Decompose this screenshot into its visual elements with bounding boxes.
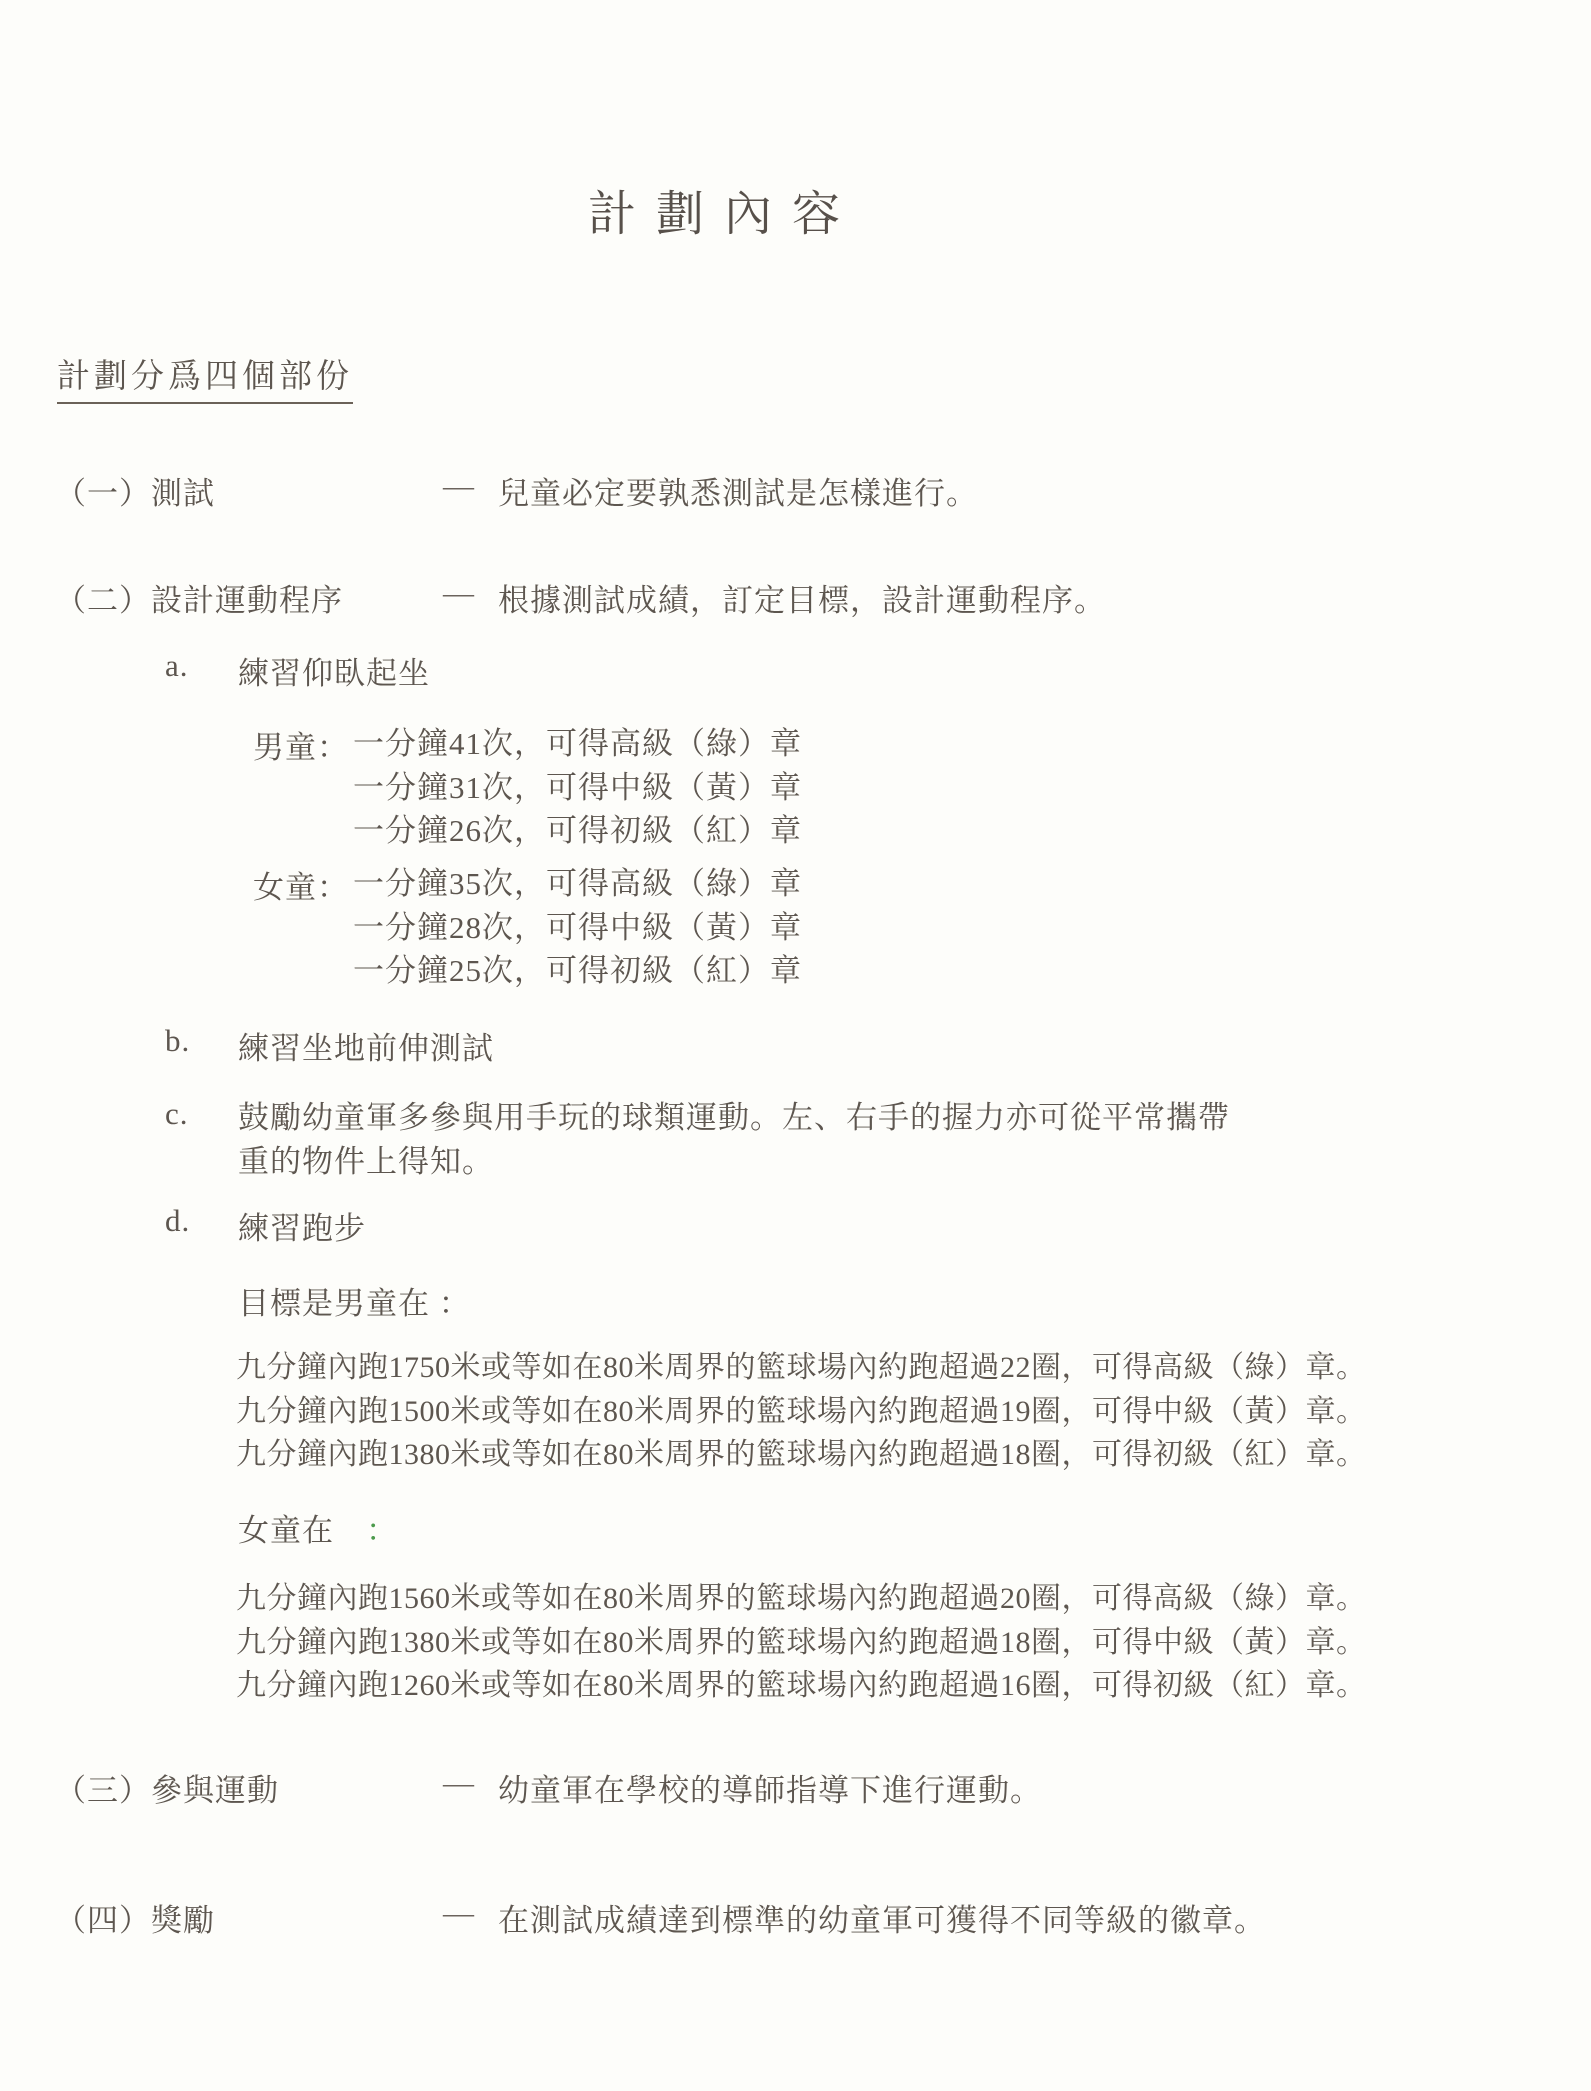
sub-item-a-text: 練習仰臥起坐	[238, 648, 430, 693]
sub-item-c-line-2: 重的物件上得知。	[238, 1140, 1230, 1184]
sub-item-a-letter: a.	[165, 648, 238, 693]
item-2-description: 根據測試成績，訂定目標，設計運動程序。	[498, 575, 1106, 620]
item-4-number: （四）	[55, 1903, 151, 1938]
item-1-head: （一）測試	[55, 468, 443, 513]
item-1-label: 測試	[151, 476, 215, 511]
situps-girls-line-1: 一分鐘35次，可得高級（綠）章	[353, 862, 802, 906]
dash-separator: —	[443, 1765, 498, 1810]
item-1-description: 兒童必定要孰悉測試是怎樣進行。	[498, 468, 978, 513]
sub-item-d-text: 練習跑步	[238, 1203, 366, 1248]
situps-girls-label: 女童：	[253, 862, 353, 993]
item-2-number: （二）	[55, 583, 151, 618]
running-girls-heading: 女童在 ：	[238, 1505, 398, 1550]
situps-girls-line-3: 一分鐘25次，可得初級（紅）章	[353, 949, 802, 993]
dash-separator: —	[443, 575, 498, 620]
sub-item-b-text: 練習坐地前伸測試	[238, 1023, 494, 1068]
item-1-number: （一）	[55, 476, 151, 511]
sub-item-c: c. 鼓勵幼童軍多參與用手玩的球類運動。左、右手的握力亦可從平常攜帶 重的物件上…	[165, 1096, 1230, 1183]
dash-separator: —	[443, 468, 498, 513]
dash-separator: —	[443, 1895, 498, 1940]
section-heading: 計劃分爲四個部份	[57, 350, 353, 404]
situps-girls-line-2: 一分鐘28次，可得中級（黃）章	[353, 906, 802, 950]
sub-item-a: a. 練習仰臥起坐	[165, 648, 430, 693]
sub-item-d: d. 練習跑步	[165, 1203, 366, 1248]
running-girls-line-2: 九分鐘內跑1380米或等如在80米周界的籃球場內約跑超過18圈，可得中級（黃）章…	[236, 1621, 1367, 1665]
item-3-row: （三）參與運動 — 幼童軍在學校的導師指導下進行運動。	[55, 1765, 1042, 1810]
document-page: 計劃內容 計劃分爲四個部份 （一）測試 — 兒童必定要孰悉測試是怎樣進行。 （二…	[0, 0, 1591, 2091]
item-2-row: （二）設計運動程序 — 根據測試成績，訂定目標，設計運動程序。	[55, 575, 1106, 620]
item-2-label: 設計運動程序	[151, 583, 343, 618]
item-2-head: （二）設計運動程序	[55, 575, 443, 620]
running-girls-block: 九分鐘內跑1560米或等如在80米周界的籃球場內約跑超過20圈，可得高級（綠）章…	[236, 1577, 1367, 1708]
situps-boys-line-2: 一分鐘31次，可得中級（黃）章	[353, 766, 802, 810]
running-girls-heading-text: 女童在	[238, 1513, 334, 1548]
running-boys-line-3: 九分鐘內跑1380米或等如在80米周界的籃球場內約跑超過18圈，可得初級（紅）章…	[236, 1433, 1367, 1477]
sub-item-b: b. 練習坐地前伸測試	[165, 1023, 494, 1068]
item-3-label: 參與運動	[151, 1773, 279, 1808]
situps-boys-block: 男童： 一分鐘41次，可得高級（綠）章 一分鐘31次，可得中級（黃）章 一分鐘2…	[253, 722, 802, 853]
situps-boys-lines: 一分鐘41次，可得高級（綠）章 一分鐘31次，可得中級（黃）章 一分鐘26次，可…	[353, 722, 802, 853]
item-4-description: 在測試成績達到標準的幼童軍可獲得不同等級的徽章。	[498, 1895, 1266, 1940]
running-boys-line-1: 九分鐘內跑1750米或等如在80米周界的籃球場內約跑超過22圈，可得高級（綠）章…	[236, 1346, 1367, 1390]
running-boys-line-2: 九分鐘內跑1500米或等如在80米周界的籃球場內約跑超過19圈，可得中級（黃）章…	[236, 1390, 1367, 1434]
running-boys-block: 九分鐘內跑1750米或等如在80米周界的籃球場內約跑超過22圈，可得高級（綠）章…	[236, 1346, 1367, 1477]
sub-item-b-letter: b.	[165, 1023, 238, 1068]
running-girls-line-3: 九分鐘內跑1260米或等如在80米周界的籃球場內約跑超過16圈，可得初級（紅）章…	[236, 1664, 1367, 1708]
situps-boys-line-3: 一分鐘26次，可得初級（紅）章	[353, 809, 802, 853]
item-3-number: （三）	[55, 1773, 151, 1808]
situps-boys-label: 男童：	[253, 722, 353, 853]
page-title: 計劃內容	[588, 175, 860, 244]
running-girls-line-1: 九分鐘內跑1560米或等如在80米周界的籃球場內約跑超過20圈，可得高級（綠）章…	[236, 1577, 1367, 1621]
item-3-description: 幼童軍在學校的導師指導下進行運動。	[498, 1765, 1042, 1810]
sub-item-c-letter: c.	[165, 1096, 238, 1183]
situps-girls-lines: 一分鐘35次，可得高級（綠）章 一分鐘28次，可得中級（黃）章 一分鐘25次，可…	[353, 862, 802, 993]
item-3-head: （三）參與運動	[55, 1765, 443, 1810]
item-4-label: 獎勵	[151, 1903, 215, 1938]
sub-item-c-line-1: 鼓勵幼童軍多參與用手玩的球類運動。左、右手的握力亦可從平常攜帶	[238, 1096, 1230, 1140]
sub-item-c-text: 鼓勵幼童軍多參與用手玩的球類運動。左、右手的握力亦可從平常攜帶 重的物件上得知。	[238, 1096, 1230, 1183]
situps-boys-line-1: 一分鐘41次，可得高級（綠）章	[353, 722, 802, 766]
running-girls-heading-colon: ：	[366, 1513, 398, 1548]
item-4-head: （四）獎勵	[55, 1895, 443, 1940]
running-boys-heading: 目標是男童在 ：	[238, 1278, 471, 1323]
item-1-row: （一）測試 — 兒童必定要孰悉測試是怎樣進行。	[55, 468, 978, 513]
item-4-row: （四）獎勵 — 在測試成績達到標準的幼童軍可獲得不同等級的徽章。	[55, 1895, 1266, 1940]
situps-girls-block: 女童： 一分鐘35次，可得高級（綠）章 一分鐘28次，可得中級（黃）章 一分鐘2…	[253, 862, 802, 993]
sub-item-d-letter: d.	[165, 1203, 238, 1248]
